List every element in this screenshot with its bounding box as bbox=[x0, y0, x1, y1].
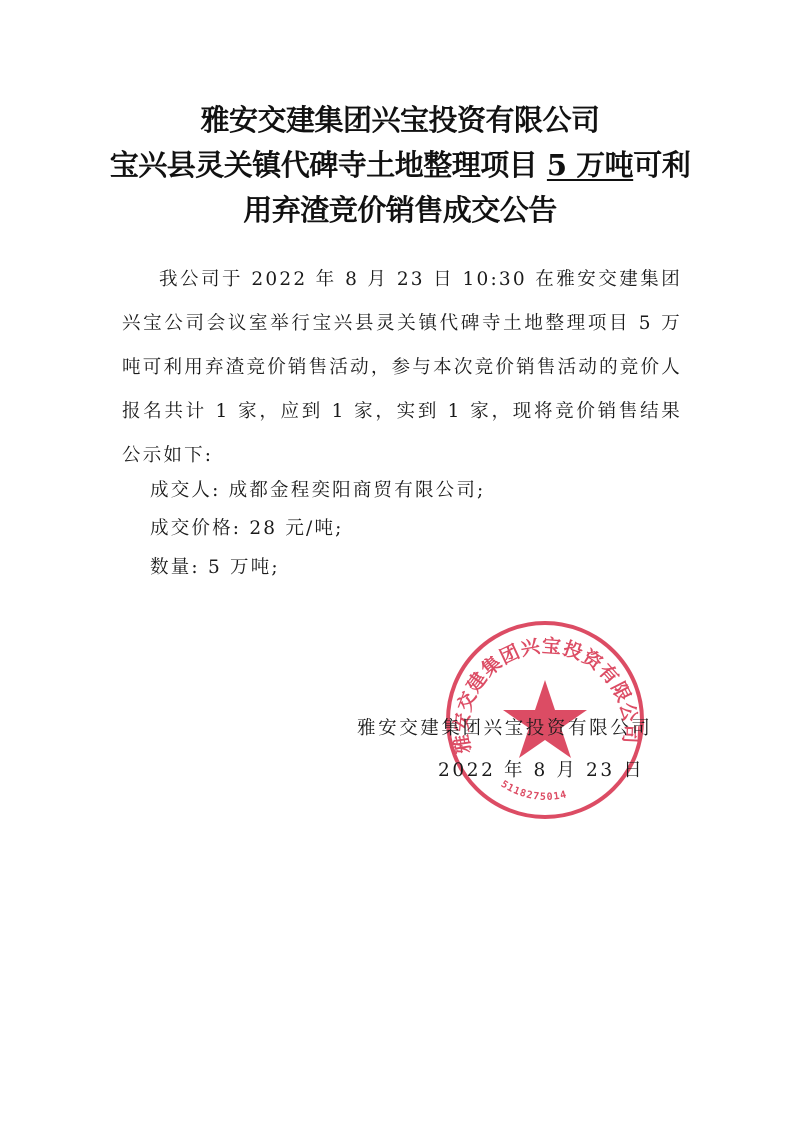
item-quantity: 数量: 5 万吨; bbox=[150, 553, 280, 579]
seal-number: 5118275014 bbox=[499, 779, 569, 803]
title-line-2-start: 宝兴县灵关镇代碑寺土地整理项目 bbox=[110, 148, 547, 182]
item-winner: 成交人: 成都金程奕阳商贸有限公司; bbox=[150, 476, 485, 502]
title-quantity-underlined: 5 万吨 bbox=[547, 148, 633, 182]
item-quantity-label: 数量: bbox=[150, 557, 200, 578]
document-title: 雅安交建集团兴宝投资有限公司 宝兴县灵关镇代碑寺土地整理项目 5 万吨可利 用弃… bbox=[0, 100, 800, 230]
title-line-2-end: 可利 bbox=[633, 148, 690, 182]
item-price-value: 28 元/吨; bbox=[249, 518, 343, 539]
title-line-1: 雅安交建集团兴宝投资有限公司 bbox=[0, 100, 800, 140]
announcement-paragraph: 我公司于 2022 年 8 月 23 日 10:30 在雅安交建集团兴宝公司会议… bbox=[122, 258, 682, 478]
svg-text:5118275014: 5118275014 bbox=[499, 779, 569, 803]
title-line-2: 宝兴县灵关镇代碑寺土地整理项目 5 万吨可利 bbox=[0, 145, 800, 185]
item-price: 成交价格: 28 元/吨; bbox=[150, 514, 344, 540]
announcement-body: 我公司于 2022 年 8 月 23 日 10:30 在雅安交建集团兴宝公司会议… bbox=[122, 258, 682, 478]
item-winner-value: 成都金程奕阳商贸有限公司; bbox=[229, 480, 486, 501]
signature-company: 雅安交建集团兴宝投资有限公司 bbox=[357, 714, 652, 740]
item-quantity-value: 5 万吨; bbox=[208, 557, 280, 578]
title-line-3: 用弃渣竞价销售成交公告 bbox=[0, 190, 800, 230]
item-winner-label: 成交人: bbox=[150, 480, 221, 501]
item-price-label: 成交价格: bbox=[150, 518, 241, 539]
signature-date: 2022 年 8 月 23 日 bbox=[438, 756, 644, 782]
